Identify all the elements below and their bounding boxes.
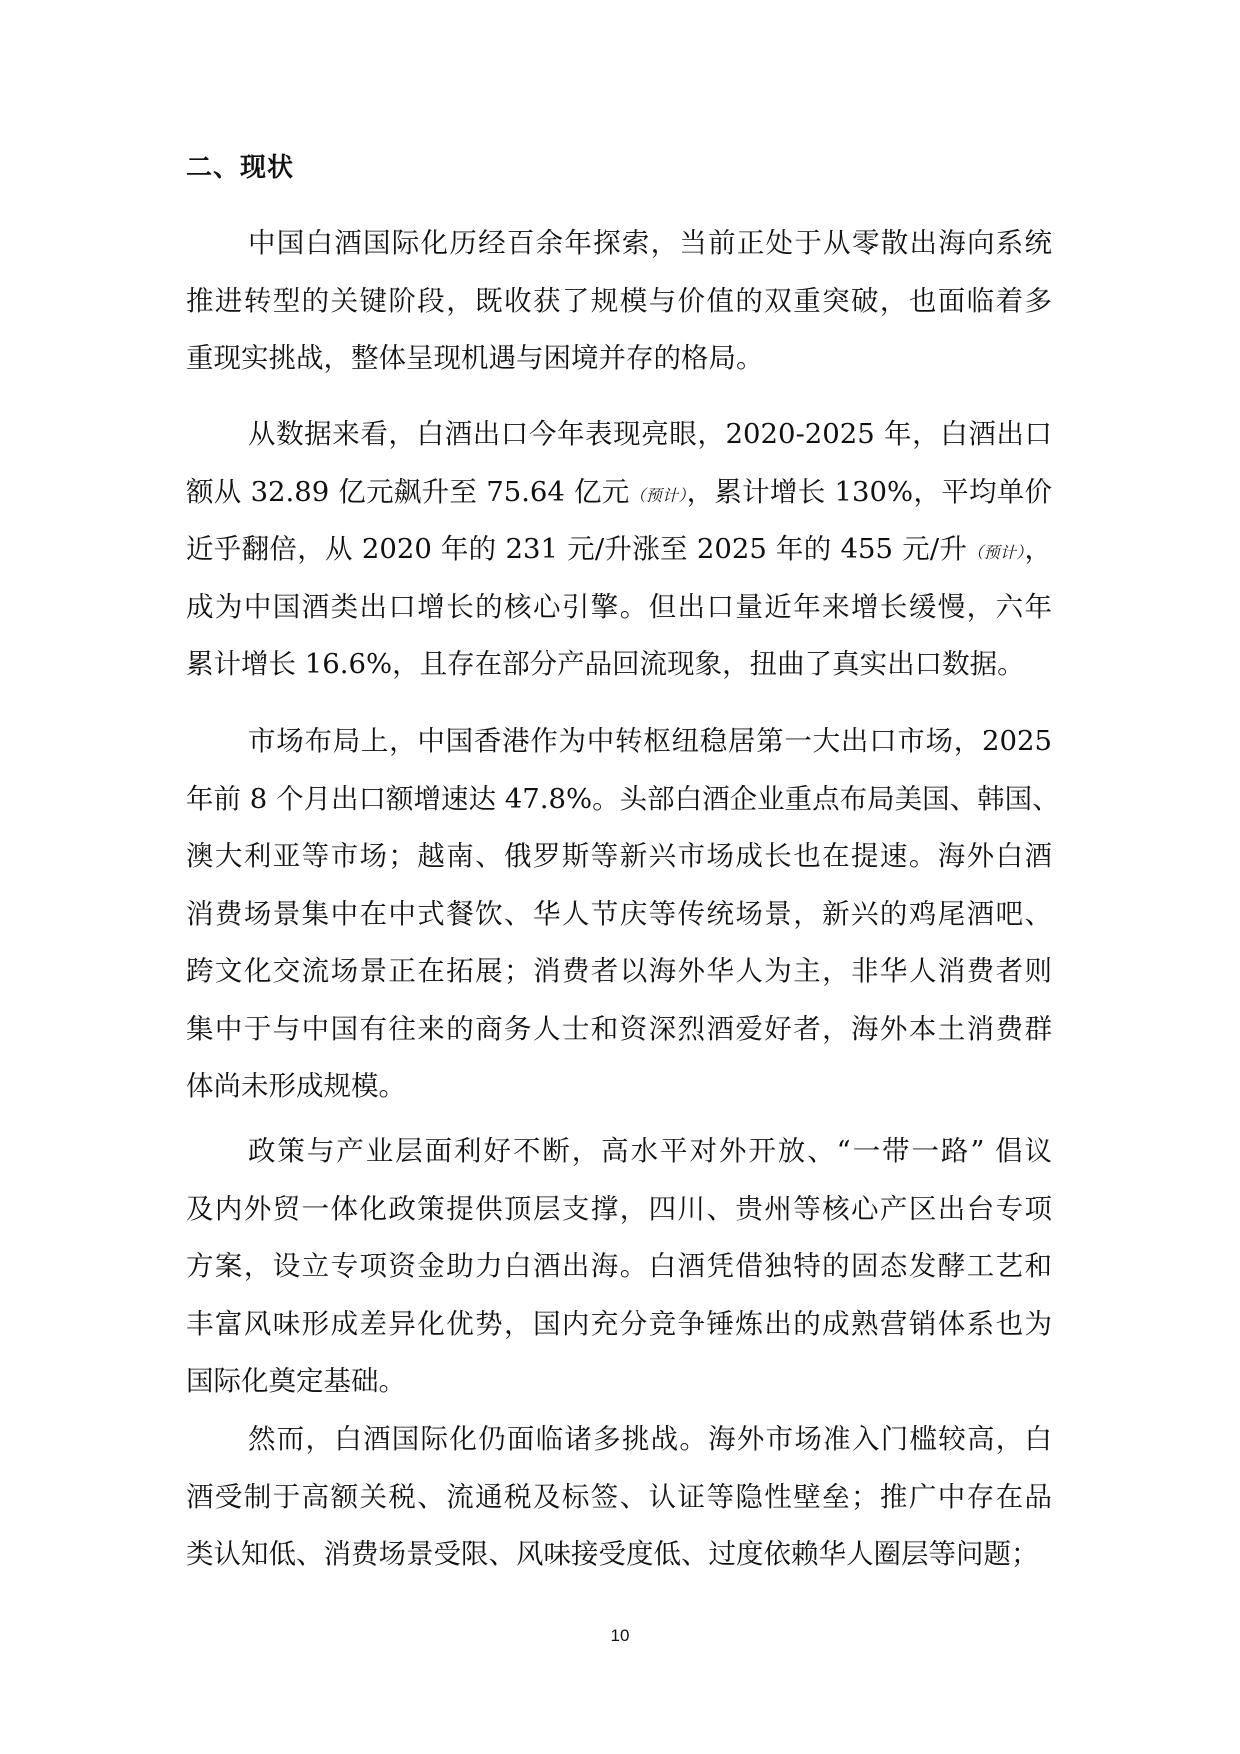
paragraph-line: 酒受制于高额关税、流通税及标签、认证等隐性壁垒；推广中存在品: [186, 1479, 1052, 1537]
paragraph-line: 澳大利亚等市场；越南、俄罗斯等新兴市场成长也在提速。海外白酒: [186, 838, 1052, 896]
paragraph-challenges: 然而，白酒国际化仍面临诸多挑战。海外市场准入门槛较高，白 酒受制于高额关税、流通…: [186, 1421, 1052, 1594]
paragraph-line: 然而，白酒国际化仍面临诸多挑战。海外市场准入门槛较高，白: [186, 1421, 1052, 1479]
paragraph-line: 及内外贸一体化政策提供顶层支撑，四川、贵州等核心产区出台专项: [186, 1191, 1052, 1249]
paragraph-policy: 政策与产业层面利好不断，高水平对外开放、“一带一路” 倡议 及内外贸一体化政策提…: [186, 1133, 1052, 1421]
estimate-note: （预计）: [630, 486, 687, 505]
page-number: 10: [0, 1626, 1240, 1646]
paragraph-line: 跨文化交流场景正在拓展；消费者以海外华人为主，非华人消费者则: [186, 953, 1052, 1011]
paragraph-line: 从数据来看，白酒出口今年表现亮眼，2020-2025 年，白酒出口: [186, 416, 1052, 474]
text-segment: ，: [1024, 533, 1052, 565]
paragraph-line: 方案，设立专项资金助力白酒出海。白酒凭借独特的固态发酵工艺和: [186, 1248, 1052, 1306]
paragraph-intro: 中国白酒国际化历经百余年探索，当前正处于从零散出海向系统 推进转型的关键阶段，既…: [186, 225, 1052, 398]
paragraph-line: 丰富风味形成差异化优势，国内充分竞争锤炼出的成熟营销体系也为: [186, 1306, 1052, 1364]
paragraph-line: 市场布局上，中国香港作为中转枢纽稳居第一大出口市场，2025: [186, 723, 1052, 781]
paragraph-line: 重现实挑战，整体呈现机遇与困境并存的格局。: [186, 340, 1052, 398]
paragraph-line: 成为中国酒类出口增长的核心引擎。但出口量近年来增长缓慢，六年: [186, 589, 1052, 647]
paragraph-line: 近乎翻倍，从 2020 年的 231 元/升涨至 2025 年的 455 元/升…: [186, 531, 1052, 589]
paragraph-line: 消费场景集中在中式餐饮、华人节庆等传统场景，新兴的鸡尾酒吧、: [186, 896, 1052, 954]
paragraph-export-data: 从数据来看，白酒出口今年表现亮眼，2020-2025 年，白酒出口 额从 32.…: [186, 416, 1052, 704]
paragraph-market-layout: 市场布局上，中国香港作为中转枢纽稳居第一大出口市场，2025 年前 8 个月出口…: [186, 723, 1052, 1126]
paragraph-line: 推进转型的关键阶段，既收获了规模与价值的双重突破，也面临着多: [186, 283, 1052, 341]
paragraph-line: 集中于与中国有往来的商务人士和资深烈酒爱好者，海外本土消费群: [186, 1011, 1052, 1069]
text-segment: ，累计增长 130%，平均单价: [687, 476, 1052, 508]
paragraph-line: 年前 8 个月出口额增速达 47.8%。头部白酒企业重点布局美国、韩国、: [186, 781, 1052, 839]
paragraph-line: 累计增长 16.6%，且存在部分产品回流现象，扭曲了真实出口数据。: [186, 646, 1052, 704]
text-segment: 近乎翻倍，从 2020 年的 231 元/升涨至 2025 年的 455 元/升: [186, 533, 967, 565]
paragraph-line: 政策与产业层面利好不断，高水平对外开放、“一带一路” 倡议: [186, 1133, 1052, 1191]
paragraph-line: 额从 32.89 亿元飙升至 75.64 亿元（预计），累计增长 130%，平均…: [186, 474, 1052, 532]
paragraph-line: 类认知低、消费场景受限、风味接受度低、过度依赖华人圈层等问题；: [186, 1536, 1052, 1594]
section-heading: 二、现状: [186, 150, 294, 186]
paragraph-line: 国际化奠定基础。: [186, 1363, 1052, 1421]
estimate-note: （预计）: [967, 543, 1024, 562]
paragraph-line: 体尚未形成规模。: [186, 1068, 1052, 1126]
paragraph-line: 中国白酒国际化历经百余年探索，当前正处于从零散出海向系统: [186, 225, 1052, 283]
text-segment: 额从 32.89 亿元飙升至 75.64 亿元: [186, 476, 630, 508]
